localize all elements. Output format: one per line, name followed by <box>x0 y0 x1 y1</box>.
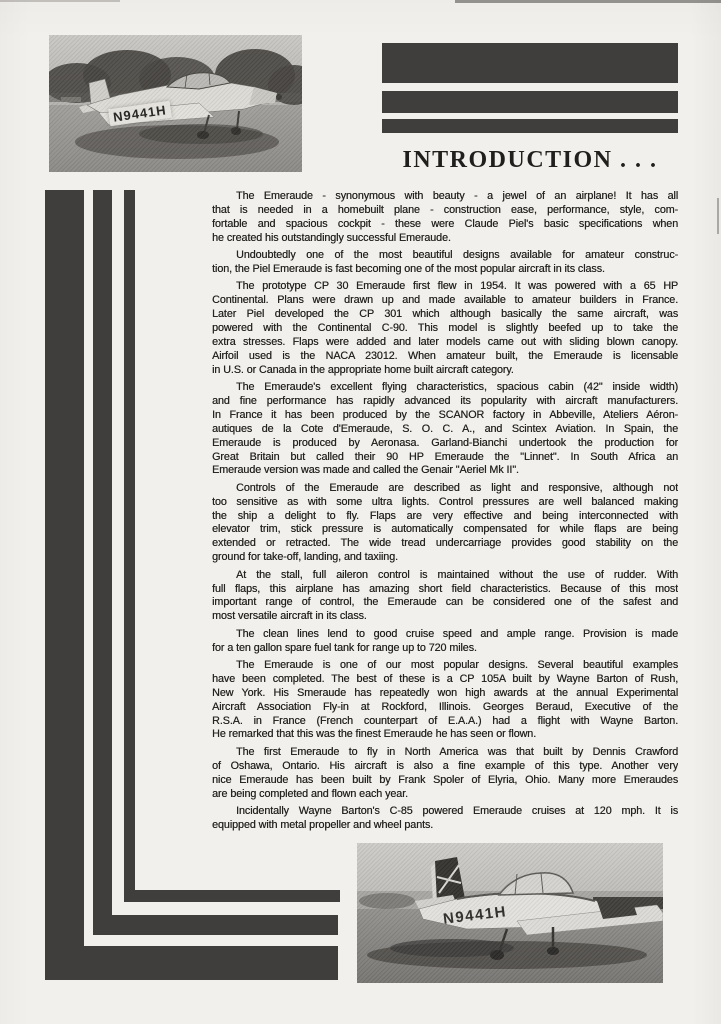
body-line: extended or retracted. The wide tread un… <box>212 537 678 551</box>
document-page: N9441H INTRODUCTION . . . The Emeraude -… <box>0 0 721 1024</box>
photo-bottom-airplane: N9441H <box>357 843 663 983</box>
body-line: most versatile aircraft in its class. <box>212 610 678 624</box>
body-line: ground for take-off, landing, and taxiin… <box>212 551 678 565</box>
body-line: Emeraude is produced by Aeronasa. Garlan… <box>212 437 678 451</box>
scan-artifact-right-edge <box>717 198 719 234</box>
body-line: and fine performance has rapidly advance… <box>212 395 678 409</box>
body-line: the ship a delight to fly. Flaps are ver… <box>212 510 678 524</box>
decorative-bar-left-outer-vertical <box>45 190 84 980</box>
body-line: Great Britain but called their 90 HP Eme… <box>212 451 678 465</box>
paragraph: The Emeraude - synonymous with beauty - … <box>212 190 678 246</box>
body-line: Aircraft Association Fly-in at Rockford,… <box>212 701 678 715</box>
body-line: he created his outstandingly successful … <box>212 232 678 246</box>
body-line: elevator trim, stick pressure is automat… <box>212 523 678 537</box>
body-line: Continental. Plans were drawn up and mad… <box>212 294 678 308</box>
body-line: He remarked that this was the finest Eme… <box>212 728 678 742</box>
body-line: important range of control, the Emeraude… <box>212 596 678 610</box>
decorative-bar-left-inner-vertical <box>124 190 135 902</box>
body-line: too sensitive as with some ultra lights.… <box>212 496 678 510</box>
body-line: The Emeraude's excellent flying characte… <box>212 381 678 395</box>
body-line: nice Emeraude has been built by Frank Sp… <box>212 774 678 788</box>
paragraph: The Emeraude is one of our most popular … <box>212 659 678 742</box>
body-line: Undoubtedly one of the most beautiful de… <box>212 249 678 263</box>
paragraph: The first Emeraude to fly in North Ameri… <box>212 746 678 802</box>
body-line: The first Emeraude to fly in North Ameri… <box>212 746 678 760</box>
paragraph: Undoubtedly one of the most beautiful de… <box>212 249 678 277</box>
page-title: INTRODUCTION . . . <box>400 147 660 174</box>
body-line: autiques de la Cote d'Emeraude, S. O. C.… <box>212 423 678 437</box>
body-text: The Emeraude - synonymous with beauty - … <box>212 190 678 836</box>
body-line: have been completed. The best of these i… <box>212 673 678 687</box>
body-line: Later Piel developed the CP 301 which al… <box>212 308 678 322</box>
paragraph: At the stall, full aileron control is ma… <box>212 569 678 625</box>
decorative-bar-left-outer-horizontal <box>45 946 338 980</box>
body-line: tion, the Piel Emeraude is fast becoming… <box>212 263 678 277</box>
decorative-bar-left-inner-horizontal <box>124 890 340 902</box>
photo-top-airplane: N9441H <box>49 35 302 172</box>
body-line: of Oshawa, Ontario. His aircraft is also… <box>212 760 678 774</box>
decorative-bar-left-middle-horizontal <box>93 915 338 935</box>
body-line: The Emeraude is one of our most popular … <box>212 659 678 673</box>
body-line: Emeraude version was made and called the… <box>212 464 678 478</box>
paragraph: The clean lines lend to good cruise spee… <box>212 628 678 656</box>
airplane-photo-illustration <box>49 35 302 172</box>
body-line: extra stresses. Flaps were added and lat… <box>212 336 678 350</box>
paragraph: The prototype CP 30 Emeraude first flew … <box>212 280 678 377</box>
scan-artifact-top-left <box>0 0 120 2</box>
decorative-bar-top-2 <box>382 91 678 113</box>
decorative-bar-top-1 <box>382 43 678 83</box>
paragraph: The Emeraude's excellent flying characte… <box>212 381 678 478</box>
body-line: Incidentally Wayne Barton's C-85 powered… <box>212 805 678 819</box>
body-line: Airfoil used is the NACA 23012. When ama… <box>212 350 678 364</box>
body-line: are being completed and flown each year. <box>212 788 678 802</box>
body-line: In France it has been produced by the SC… <box>212 409 678 423</box>
paragraph: Controls of the Emeraude are described a… <box>212 482 678 565</box>
body-line: that is needed in a homebuilt plane - co… <box>212 204 678 218</box>
body-line: R.S.A. in France (French counterpart of … <box>212 715 678 729</box>
airplane-photo-illustration <box>357 843 663 983</box>
body-line: The Emeraude - synonymous with beauty - … <box>212 190 678 204</box>
decorative-bar-top-3 <box>382 119 678 133</box>
body-line: At the stall, full aileron control is ma… <box>212 569 678 583</box>
body-line: for a ten gallon spare fuel tank for ran… <box>212 642 678 656</box>
body-line: in U.S. or Canada in the appropriate hom… <box>212 364 678 378</box>
body-line: The clean lines lend to good cruise spee… <box>212 628 678 642</box>
body-line: equipped with metal propeller and wheel … <box>212 819 678 833</box>
body-line: full flaps, this airplane has amazing sh… <box>212 583 678 597</box>
body-line: fortable and spacious cockpit - these we… <box>212 218 678 232</box>
body-line: Controls of the Emeraude are described a… <box>212 482 678 496</box>
scan-artifact-top-right <box>455 0 721 3</box>
body-line: New York. His Smeraude has repeatedly wo… <box>212 687 678 701</box>
paragraph: Incidentally Wayne Barton's C-85 powered… <box>212 805 678 833</box>
body-line: powered with the Continental C-90. This … <box>212 322 678 336</box>
decorative-bar-left-middle-vertical <box>93 190 112 935</box>
body-line: The prototype CP 30 Emeraude first flew … <box>212 280 678 294</box>
